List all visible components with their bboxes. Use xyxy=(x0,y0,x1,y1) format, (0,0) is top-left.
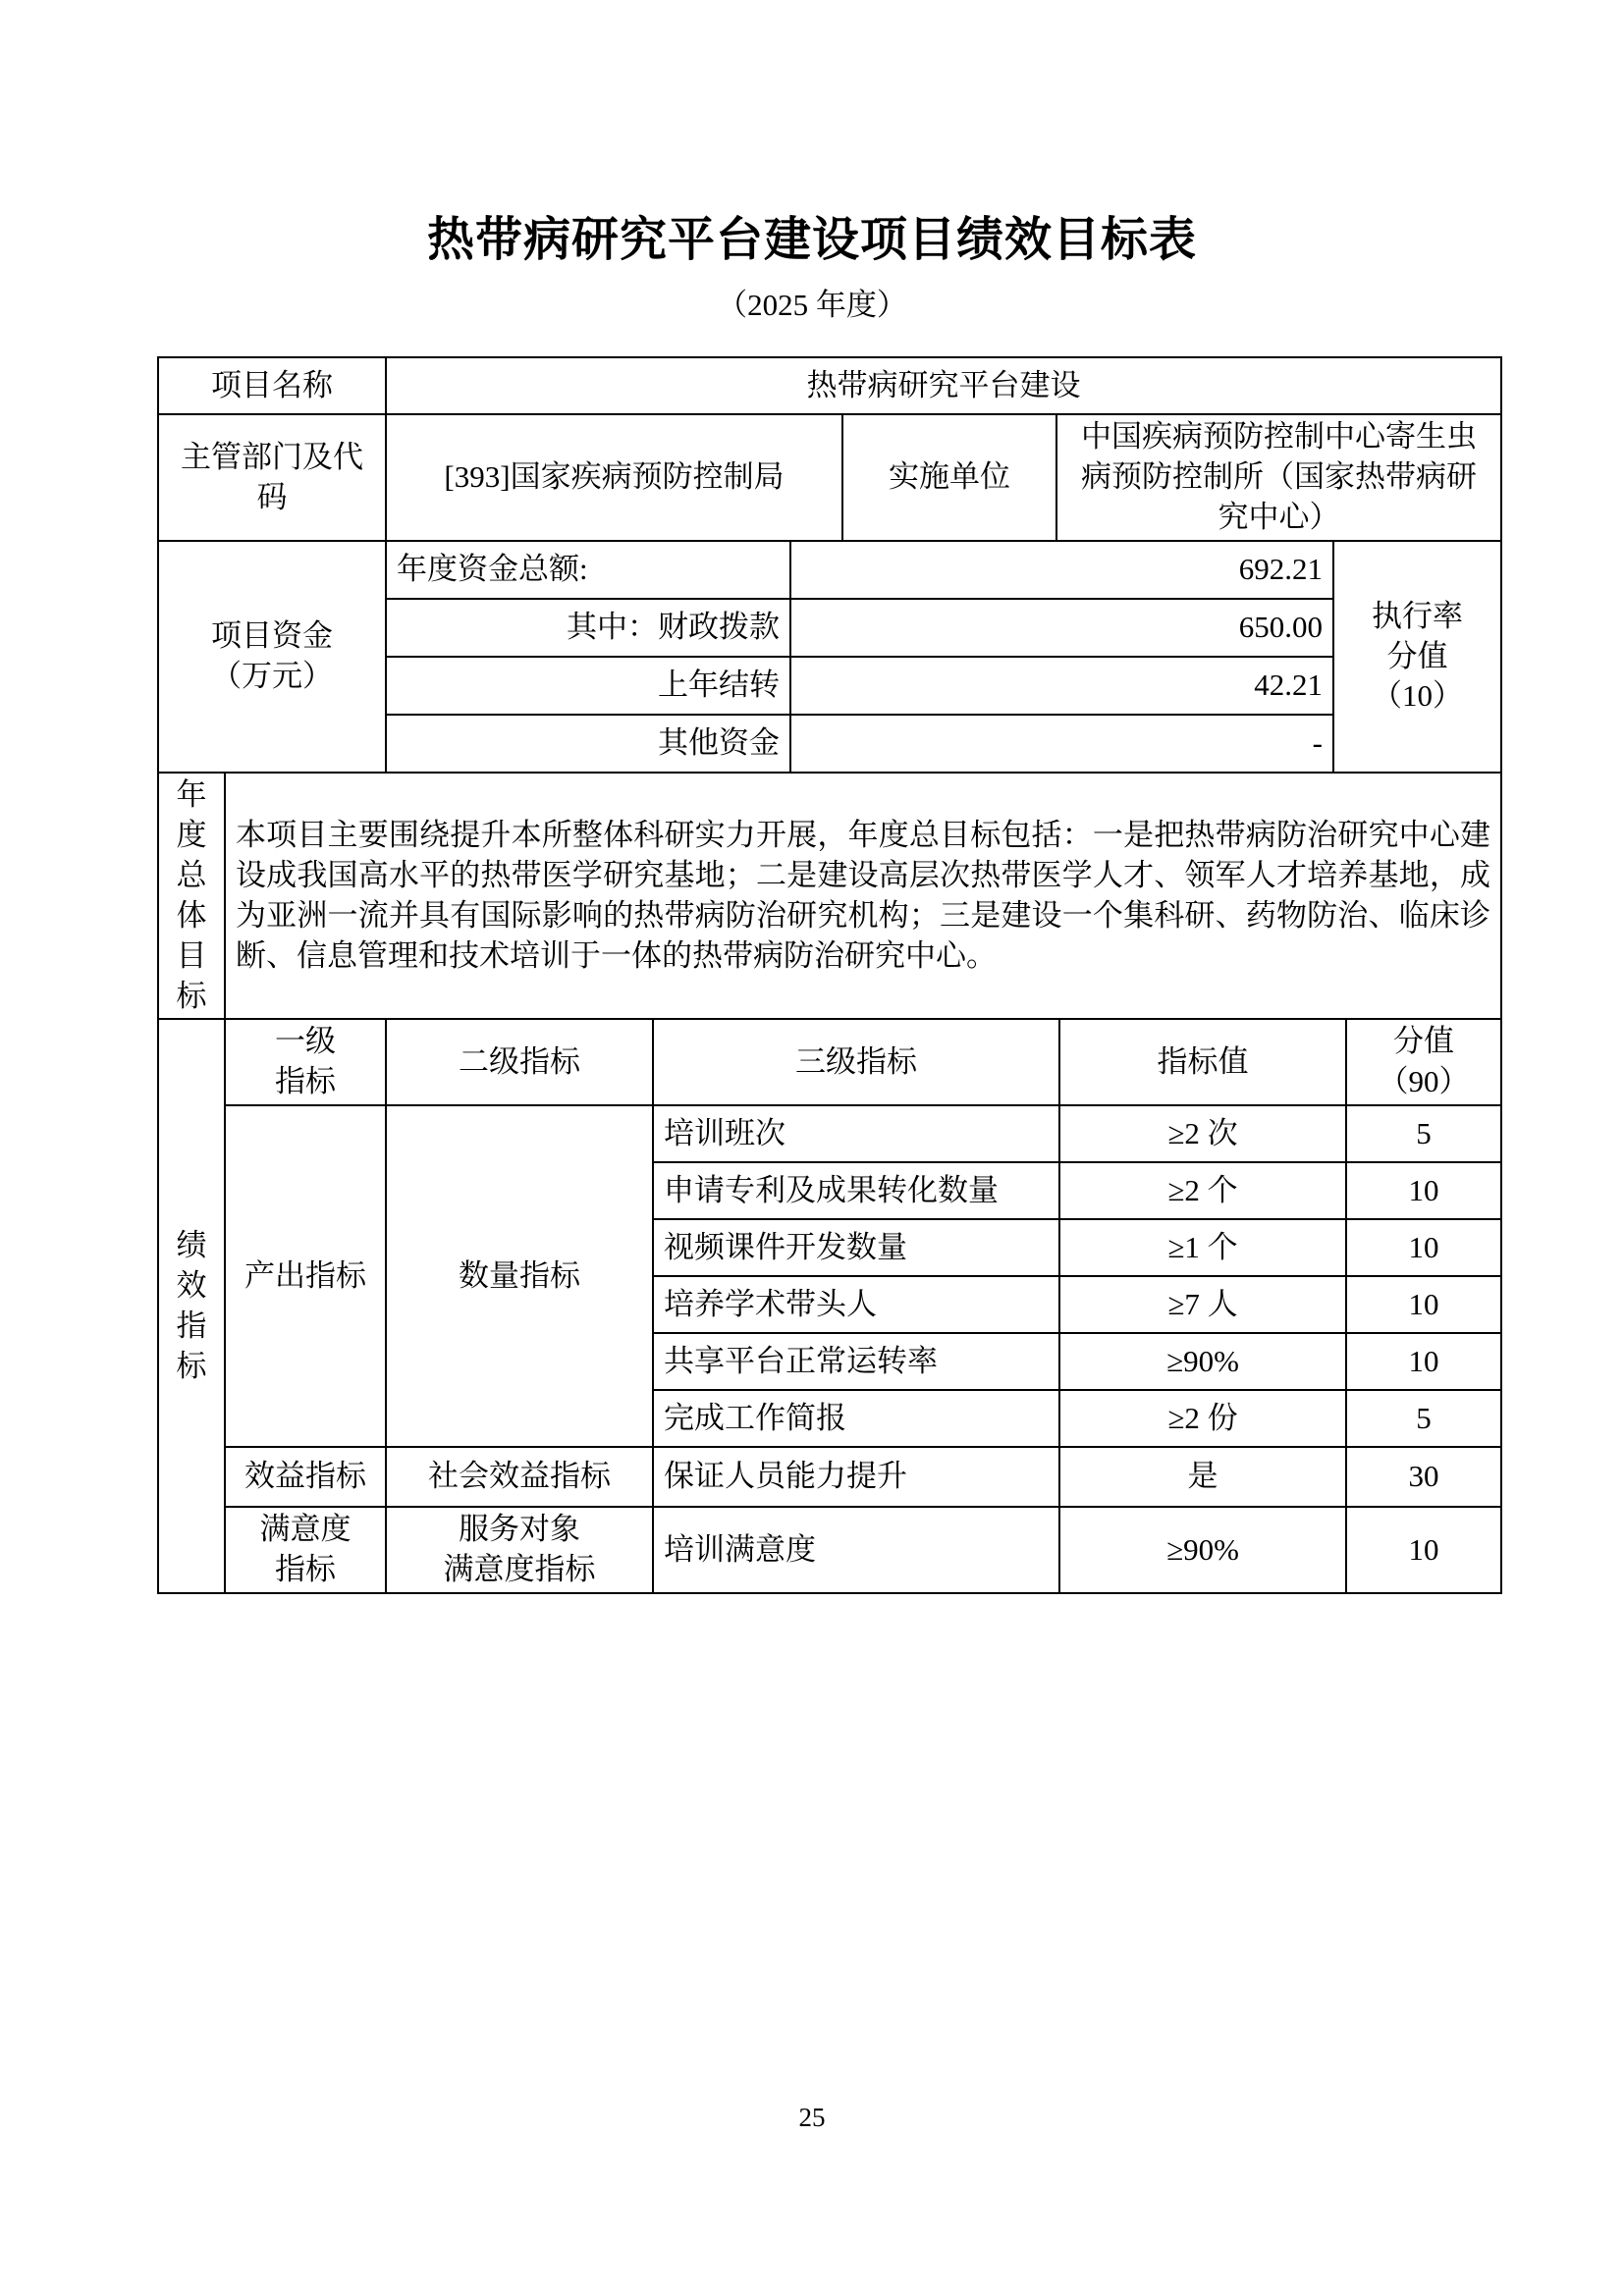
indicator-score-cell: 5 xyxy=(1346,1105,1501,1162)
header-score: 分值 （90） xyxy=(1346,1019,1501,1105)
fund-row-value: 650.00 xyxy=(790,599,1333,657)
header-value: 指标值 xyxy=(1059,1019,1346,1105)
project-name-value: 热带病研究平台建设 xyxy=(386,357,1501,414)
indicator-section-label: 绩 效 指 标 xyxy=(158,1019,225,1593)
level2-cell: 服务对象 满意度指标 xyxy=(386,1507,653,1593)
annual-goal-text: 本项目主要围绕提升本所整体科研实力开展，年度总目标包括：一是把热带病防治研究中心… xyxy=(225,773,1501,1019)
execution-score-label: 执行率 分值 （10） xyxy=(1333,541,1501,773)
level2-cell: 数量指标 xyxy=(386,1105,653,1447)
dept-label: 主管部门及代 码 xyxy=(158,414,386,541)
fund-table: 项目资金 （万元） 年度资金总额: 692.21 执行率 分值 （10） 其中：… xyxy=(157,540,1502,774)
indicator-value-cell: ≥2 份 xyxy=(1059,1390,1346,1447)
indicator-name-cell: 完成工作简报 xyxy=(653,1390,1059,1447)
level1-cell: 效益指标 xyxy=(225,1447,386,1507)
impl-unit-label: 实施单位 xyxy=(842,414,1056,541)
indicator-value-cell: 是 xyxy=(1059,1447,1346,1507)
indicator-name-cell: 培训班次 xyxy=(653,1105,1059,1162)
header-level3: 三级指标 xyxy=(653,1019,1059,1105)
fund-section-label: 项目资金 （万元） xyxy=(158,541,386,773)
project-info-table: 项目名称 热带病研究平台建设 主管部门及代 码 [393]国家疾病预防控制局 实… xyxy=(157,356,1502,542)
indicator-name-cell: 申请专利及成果转化数量 xyxy=(653,1162,1059,1219)
indicator-value-cell: ≥90% xyxy=(1059,1333,1346,1390)
indicator-score-cell: 10 xyxy=(1346,1507,1501,1593)
project-name-label: 项目名称 xyxy=(158,357,386,414)
page-number: 25 xyxy=(0,2103,1624,2133)
document-page: 热带病研究平台建设项目绩效目标表 （2025 年度） 项目名称 热带病研究平台建… xyxy=(0,0,1624,2296)
indicator-score-cell: 10 xyxy=(1346,1276,1501,1333)
indicator-value-cell: ≥90% xyxy=(1059,1507,1346,1593)
annual-goal-table: 年 度 总 体 目 标 本项目主要围绕提升本所整体科研实力开展，年度总目标包括：… xyxy=(157,772,1502,1020)
fund-row-value: 42.21 xyxy=(790,657,1333,715)
fund-row-value: - xyxy=(790,715,1333,773)
indicator-score-cell: 10 xyxy=(1346,1219,1501,1276)
level2-cell: 社会效益指标 xyxy=(386,1447,653,1507)
indicator-value-cell: ≥2 个 xyxy=(1059,1162,1346,1219)
indicator-value-cell: ≥7 人 xyxy=(1059,1276,1346,1333)
fund-row-label: 上年结转 xyxy=(386,657,790,715)
indicator-score-cell: 30 xyxy=(1346,1447,1501,1507)
indicator-score-cell: 5 xyxy=(1346,1390,1501,1447)
fund-row-label: 其他资金 xyxy=(386,715,790,773)
indicator-name-cell: 培养学术带头人 xyxy=(653,1276,1059,1333)
fund-row-label: 其中：财政拨款 xyxy=(386,599,790,657)
fund-row-value: 692.21 xyxy=(790,541,1333,599)
indicator-value-cell: ≥2 次 xyxy=(1059,1105,1346,1162)
impl-unit-value: 中国疾病预防控制中心寄生虫病预防控制所（国家热带病研究中心） xyxy=(1056,414,1501,541)
indicator-score-cell: 10 xyxy=(1346,1333,1501,1390)
level1-cell: 满意度 指标 xyxy=(225,1507,386,1593)
indicator-value-cell: ≥1 个 xyxy=(1059,1219,1346,1276)
dept-value: [393]国家疾病预防控制局 xyxy=(386,414,842,541)
header-level1: 一级 指标 xyxy=(225,1019,386,1105)
header-level2: 二级指标 xyxy=(386,1019,653,1105)
indicator-name-cell: 保证人员能力提升 xyxy=(653,1447,1059,1507)
indicator-name-cell: 培训满意度 xyxy=(653,1507,1059,1593)
level1-cell: 产出指标 xyxy=(225,1105,386,1447)
indicator-name-cell: 共享平台正常运转率 xyxy=(653,1333,1059,1390)
fund-row-label: 年度资金总额: xyxy=(386,541,790,599)
annual-goal-section-label: 年 度 总 体 目 标 xyxy=(158,773,225,1019)
indicator-name-cell: 视频课件开发数量 xyxy=(653,1219,1059,1276)
document-subtitle: （2025 年度） xyxy=(0,286,1624,325)
indicator-score-cell: 10 xyxy=(1346,1162,1501,1219)
indicator-table: 绩 效 指 标 一级 指标 二级指标 三级指标 指标值 分值 （90） 产出指标… xyxy=(157,1018,1502,1594)
document-title: 热带病研究平台建设项目绩效目标表 xyxy=(0,0,1624,270)
